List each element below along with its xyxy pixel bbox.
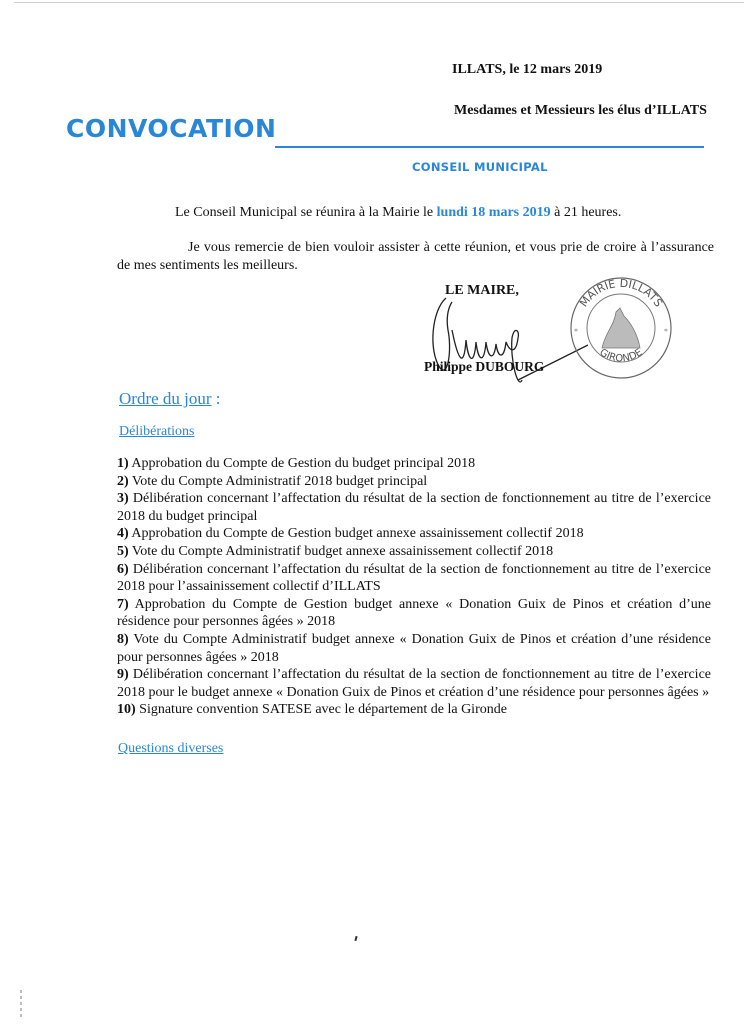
scan-speck	[354, 936, 357, 941]
list-item: 10) Signature convention SATESE avec le …	[117, 701, 711, 719]
list-item: 4) Approbation du Compte de Gestion budg…	[117, 525, 711, 543]
agenda-title-text: Ordre du jour	[119, 389, 212, 408]
list-item: 6) Délibération concernant l’affectation…	[117, 561, 711, 596]
list-item: 1) Approbation du Compte de Gestion du b…	[117, 455, 711, 473]
recipients-line: Mesdames et Messieurs les élus d’ILLATS	[454, 103, 707, 119]
scan-edge-marks	[20, 990, 22, 1018]
list-item: 9) Délibération concernant l’affectation…	[117, 666, 711, 701]
mairie-stamp: MAIRIE DILLATS GIRONDE * *	[566, 276, 676, 381]
title-underline	[275, 146, 704, 148]
list-item: 8) Vote du Compte Administratif budget a…	[117, 631, 711, 666]
list-item: 5) Vote du Compte Administratif budget a…	[117, 543, 711, 561]
signer-name: Philippe DUBOURG	[424, 359, 544, 375]
handwritten-signature	[418, 290, 588, 410]
document-title: CONVOCATION	[66, 114, 276, 143]
svg-text:*: *	[664, 327, 668, 336]
scan-edge-line	[14, 2, 744, 3]
svg-text:GIRONDE: GIRONDE	[597, 347, 644, 364]
list-item: 3) Délibération concernant l’affectation…	[117, 490, 711, 525]
document-subtitle: CONSEIL MUNICIPAL	[412, 160, 548, 174]
agenda-title: Ordre du jour :	[119, 389, 221, 409]
deliberations-heading: Délibérations	[119, 424, 194, 440]
meeting-prefix: Le Conseil Municipal se réunira à la Mai…	[175, 205, 437, 220]
date-line: ILLATS, le 12 mars 2019	[452, 62, 602, 78]
meeting-announcement: Le Conseil Municipal se réunira à la Mai…	[175, 205, 621, 221]
list-item: 2) Vote du Compte Administratif 2018 bud…	[117, 473, 711, 491]
agenda-list: 1) Approbation du Compte de Gestion du b…	[117, 455, 711, 719]
questions-diverses-heading: Questions diverses	[118, 741, 223, 757]
list-item: 7) Approbation du Compte de Gestion budg…	[117, 596, 711, 631]
agenda-title-colon: :	[212, 389, 221, 408]
courtesy-paragraph: Je vous remercie de bien vouloir assiste…	[117, 239, 714, 275]
svg-text:*: *	[574, 327, 578, 336]
svg-text:MAIRIE DILLATS: MAIRIE DILLATS	[577, 277, 665, 310]
meeting-suffix: à 21 heures.	[551, 205, 622, 220]
meeting-date: lundi 18 mars 2019	[437, 205, 551, 220]
